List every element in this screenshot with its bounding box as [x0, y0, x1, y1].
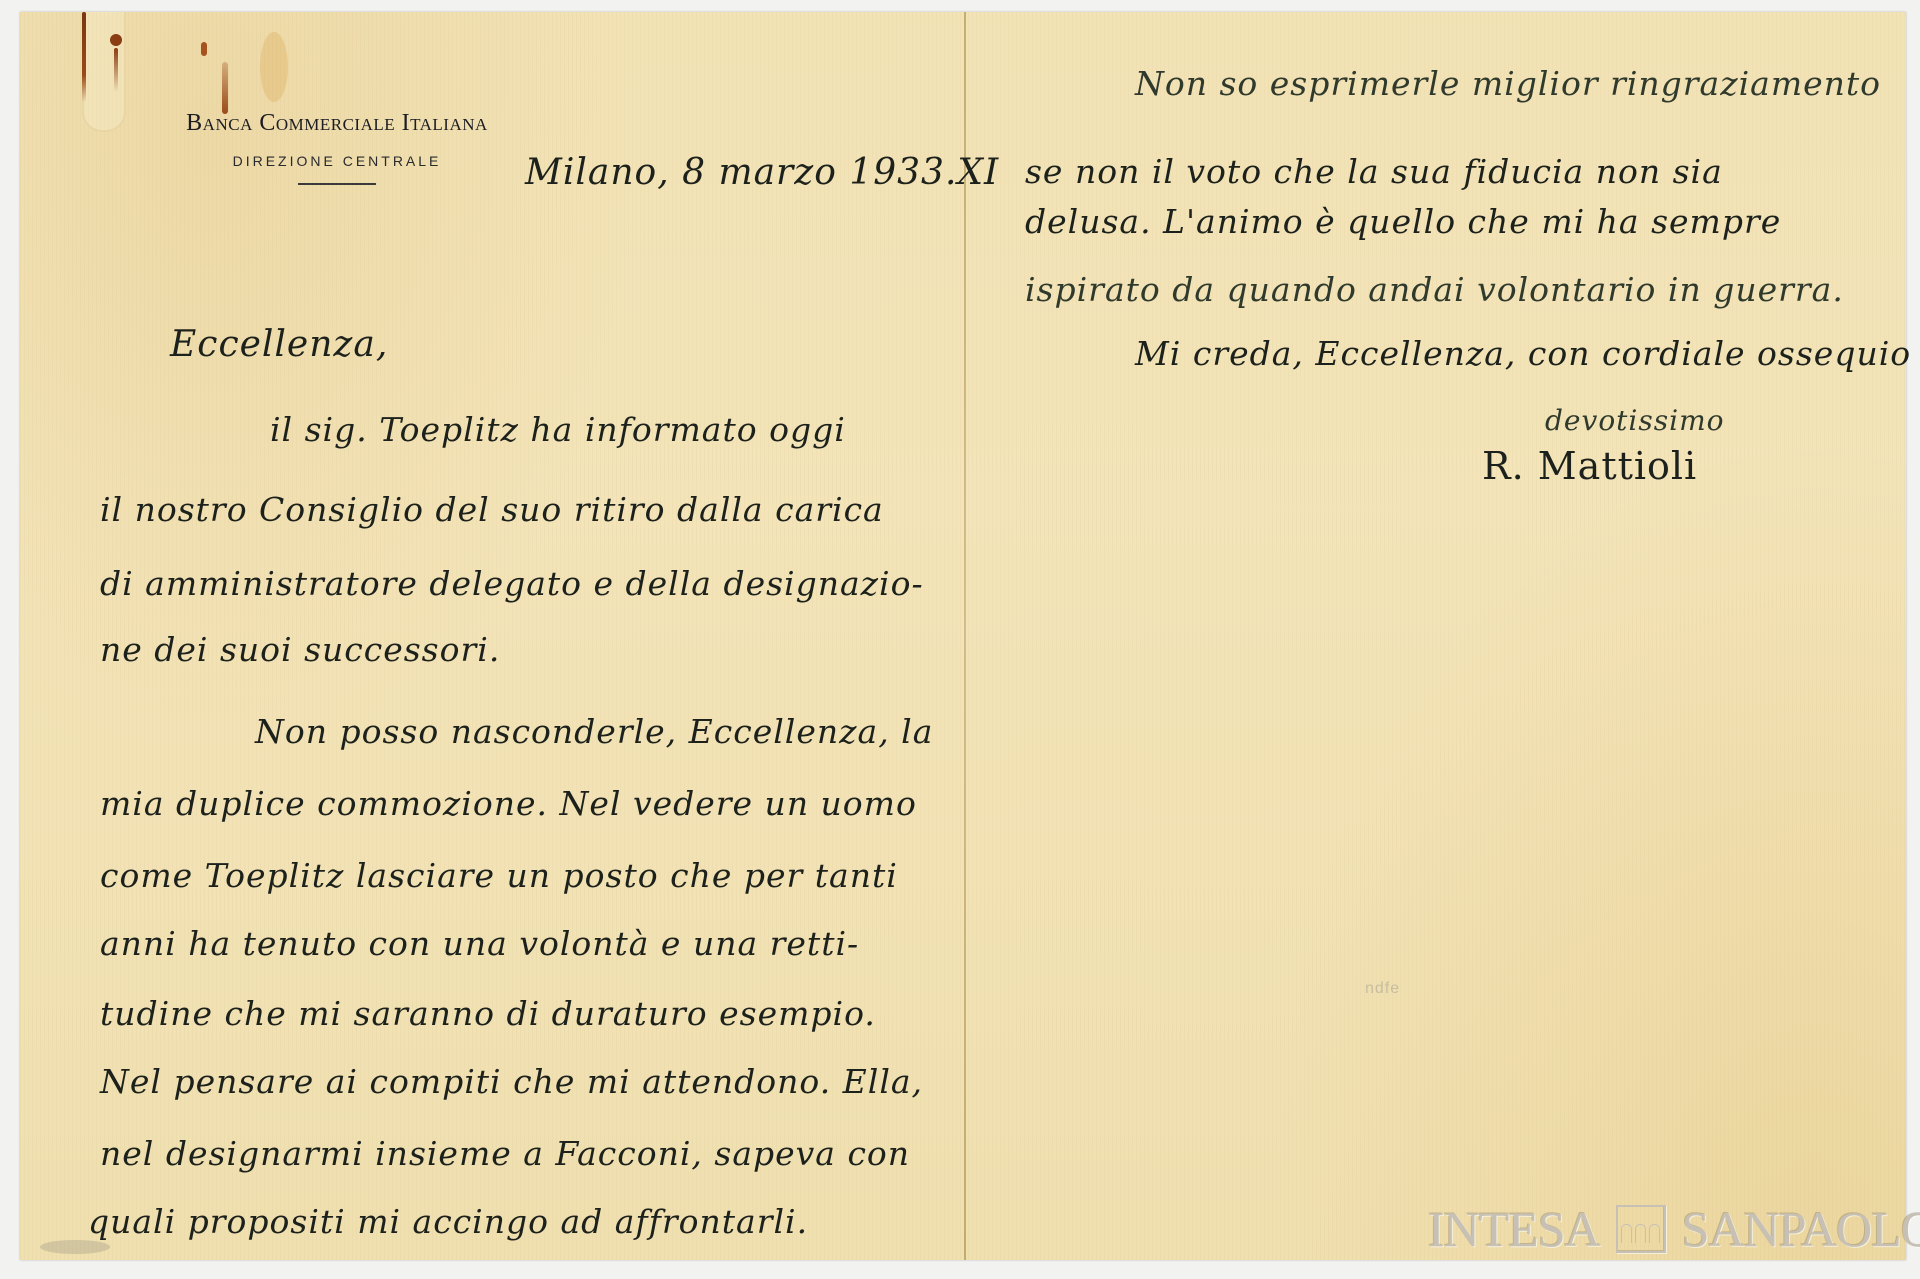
- letter-line: delusa. L'animo è quello che mi ha sempr…: [1025, 202, 1781, 241]
- place-date: Milano, 8 marzo 1933.XI: [525, 152, 999, 193]
- letter-line: nel designarmi insieme a Facconi, sapeva…: [100, 1134, 910, 1173]
- letter-line: il sig. Toeplitz ha informato oggi: [270, 410, 846, 449]
- letter-line: se non il voto che la sua fiducia non si…: [1025, 152, 1723, 191]
- rust-stain: [110, 34, 122, 46]
- rust-stain: [114, 48, 118, 92]
- page-fold-line: [964, 12, 966, 1260]
- letter-line: anni ha tenuto con una volontà e una ret…: [100, 924, 859, 963]
- watermark-left-text: INTESA: [1428, 1200, 1600, 1258]
- letter-line: Non posso nasconderle, Eccellenza, la: [255, 712, 933, 751]
- letter-line: ne dei suoi successori.: [100, 630, 500, 669]
- faint-stamp: ndfe: [1365, 980, 1400, 998]
- closing: devotissimo: [1545, 404, 1724, 437]
- letterhead: Banca Commerciale Italiana DIREZIONE CEN…: [112, 110, 562, 185]
- letter-line: mia duplice commozione. Nel vedere un uo…: [100, 784, 917, 823]
- intesa-sanpaolo-watermark: INTESA SANPAOLO: [1428, 1203, 1920, 1255]
- letter-line: il nostro Consiglio del suo ritiro dalla…: [100, 490, 884, 529]
- letter-line: di amministratore delegato e della desig…: [100, 564, 924, 603]
- letter-line: Mi creda, Eccellenza, con cordiale osseq…: [1135, 334, 1911, 373]
- letter-line: Nel pensare ai compiti che mi attendono.…: [100, 1062, 923, 1101]
- letter-sheet: Banca Commerciale Italiana DIREZIONE CEN…: [20, 12, 1906, 1260]
- rust-stain: [222, 62, 228, 114]
- letter-line: come Toeplitz lasciare un posto che per …: [100, 856, 898, 895]
- rust-stain: [201, 42, 207, 56]
- right-page: [966, 12, 1906, 1260]
- rust-stain: [82, 12, 86, 102]
- signature: R. Mattioli: [1482, 444, 1697, 488]
- letter-line: tudine che mi saranno di duraturo esempi…: [100, 994, 876, 1033]
- ink-smudge: [40, 1240, 110, 1254]
- bank-department: DIREZIONE CENTRALE: [112, 153, 562, 169]
- letter-line: Non so esprimerle miglior ringraziamento: [1135, 64, 1881, 103]
- salutation: Eccellenza,: [170, 324, 388, 365]
- arches-logo-icon: [1616, 1205, 1666, 1253]
- letter-line: ispirato da quando andai volontario in g…: [1025, 270, 1844, 309]
- letterhead-rule: [298, 183, 376, 185]
- bank-name: Banca Commerciale Italiana: [112, 110, 562, 137]
- watermark-right-text: SANPAOLO: [1682, 1200, 1920, 1258]
- foxing-stain: [260, 32, 288, 102]
- letter-line: quali propositi mi accingo ad affrontarl…: [88, 1202, 808, 1241]
